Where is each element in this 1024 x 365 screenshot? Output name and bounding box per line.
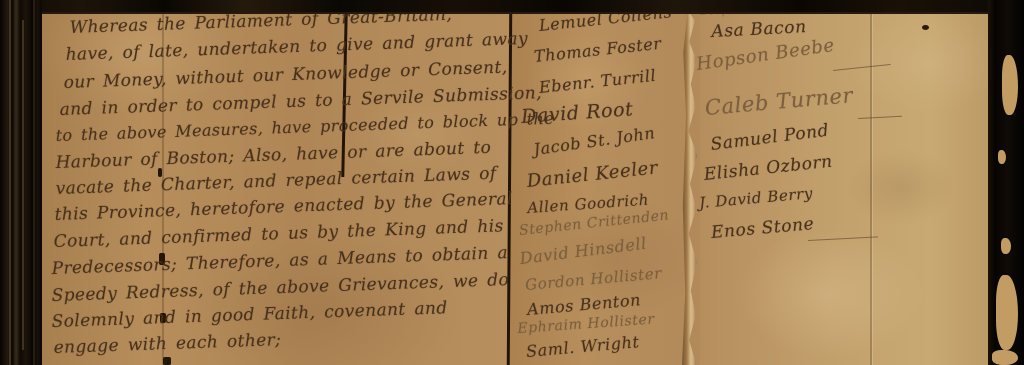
fold-crease-right [870, 10, 872, 365]
frame-grain [22, 20, 24, 350]
paper-speck [922, 25, 929, 30]
frame-right-rail [988, 0, 1024, 365]
ink-blot [163, 357, 171, 365]
frame-grain [33, 0, 35, 365]
frame-top-rail [0, 0, 1024, 14]
frame-chip [1002, 55, 1018, 115]
frame-chip [996, 275, 1018, 350]
frame-left-rail [0, 0, 42, 365]
frame-chip [1001, 238, 1011, 254]
frame-grain [9, 0, 11, 365]
frame-chip [998, 150, 1006, 164]
framed-manuscript: Whereas the Parliament of Great-Britain,… [0, 0, 1024, 365]
frame-chip [992, 350, 1018, 365]
